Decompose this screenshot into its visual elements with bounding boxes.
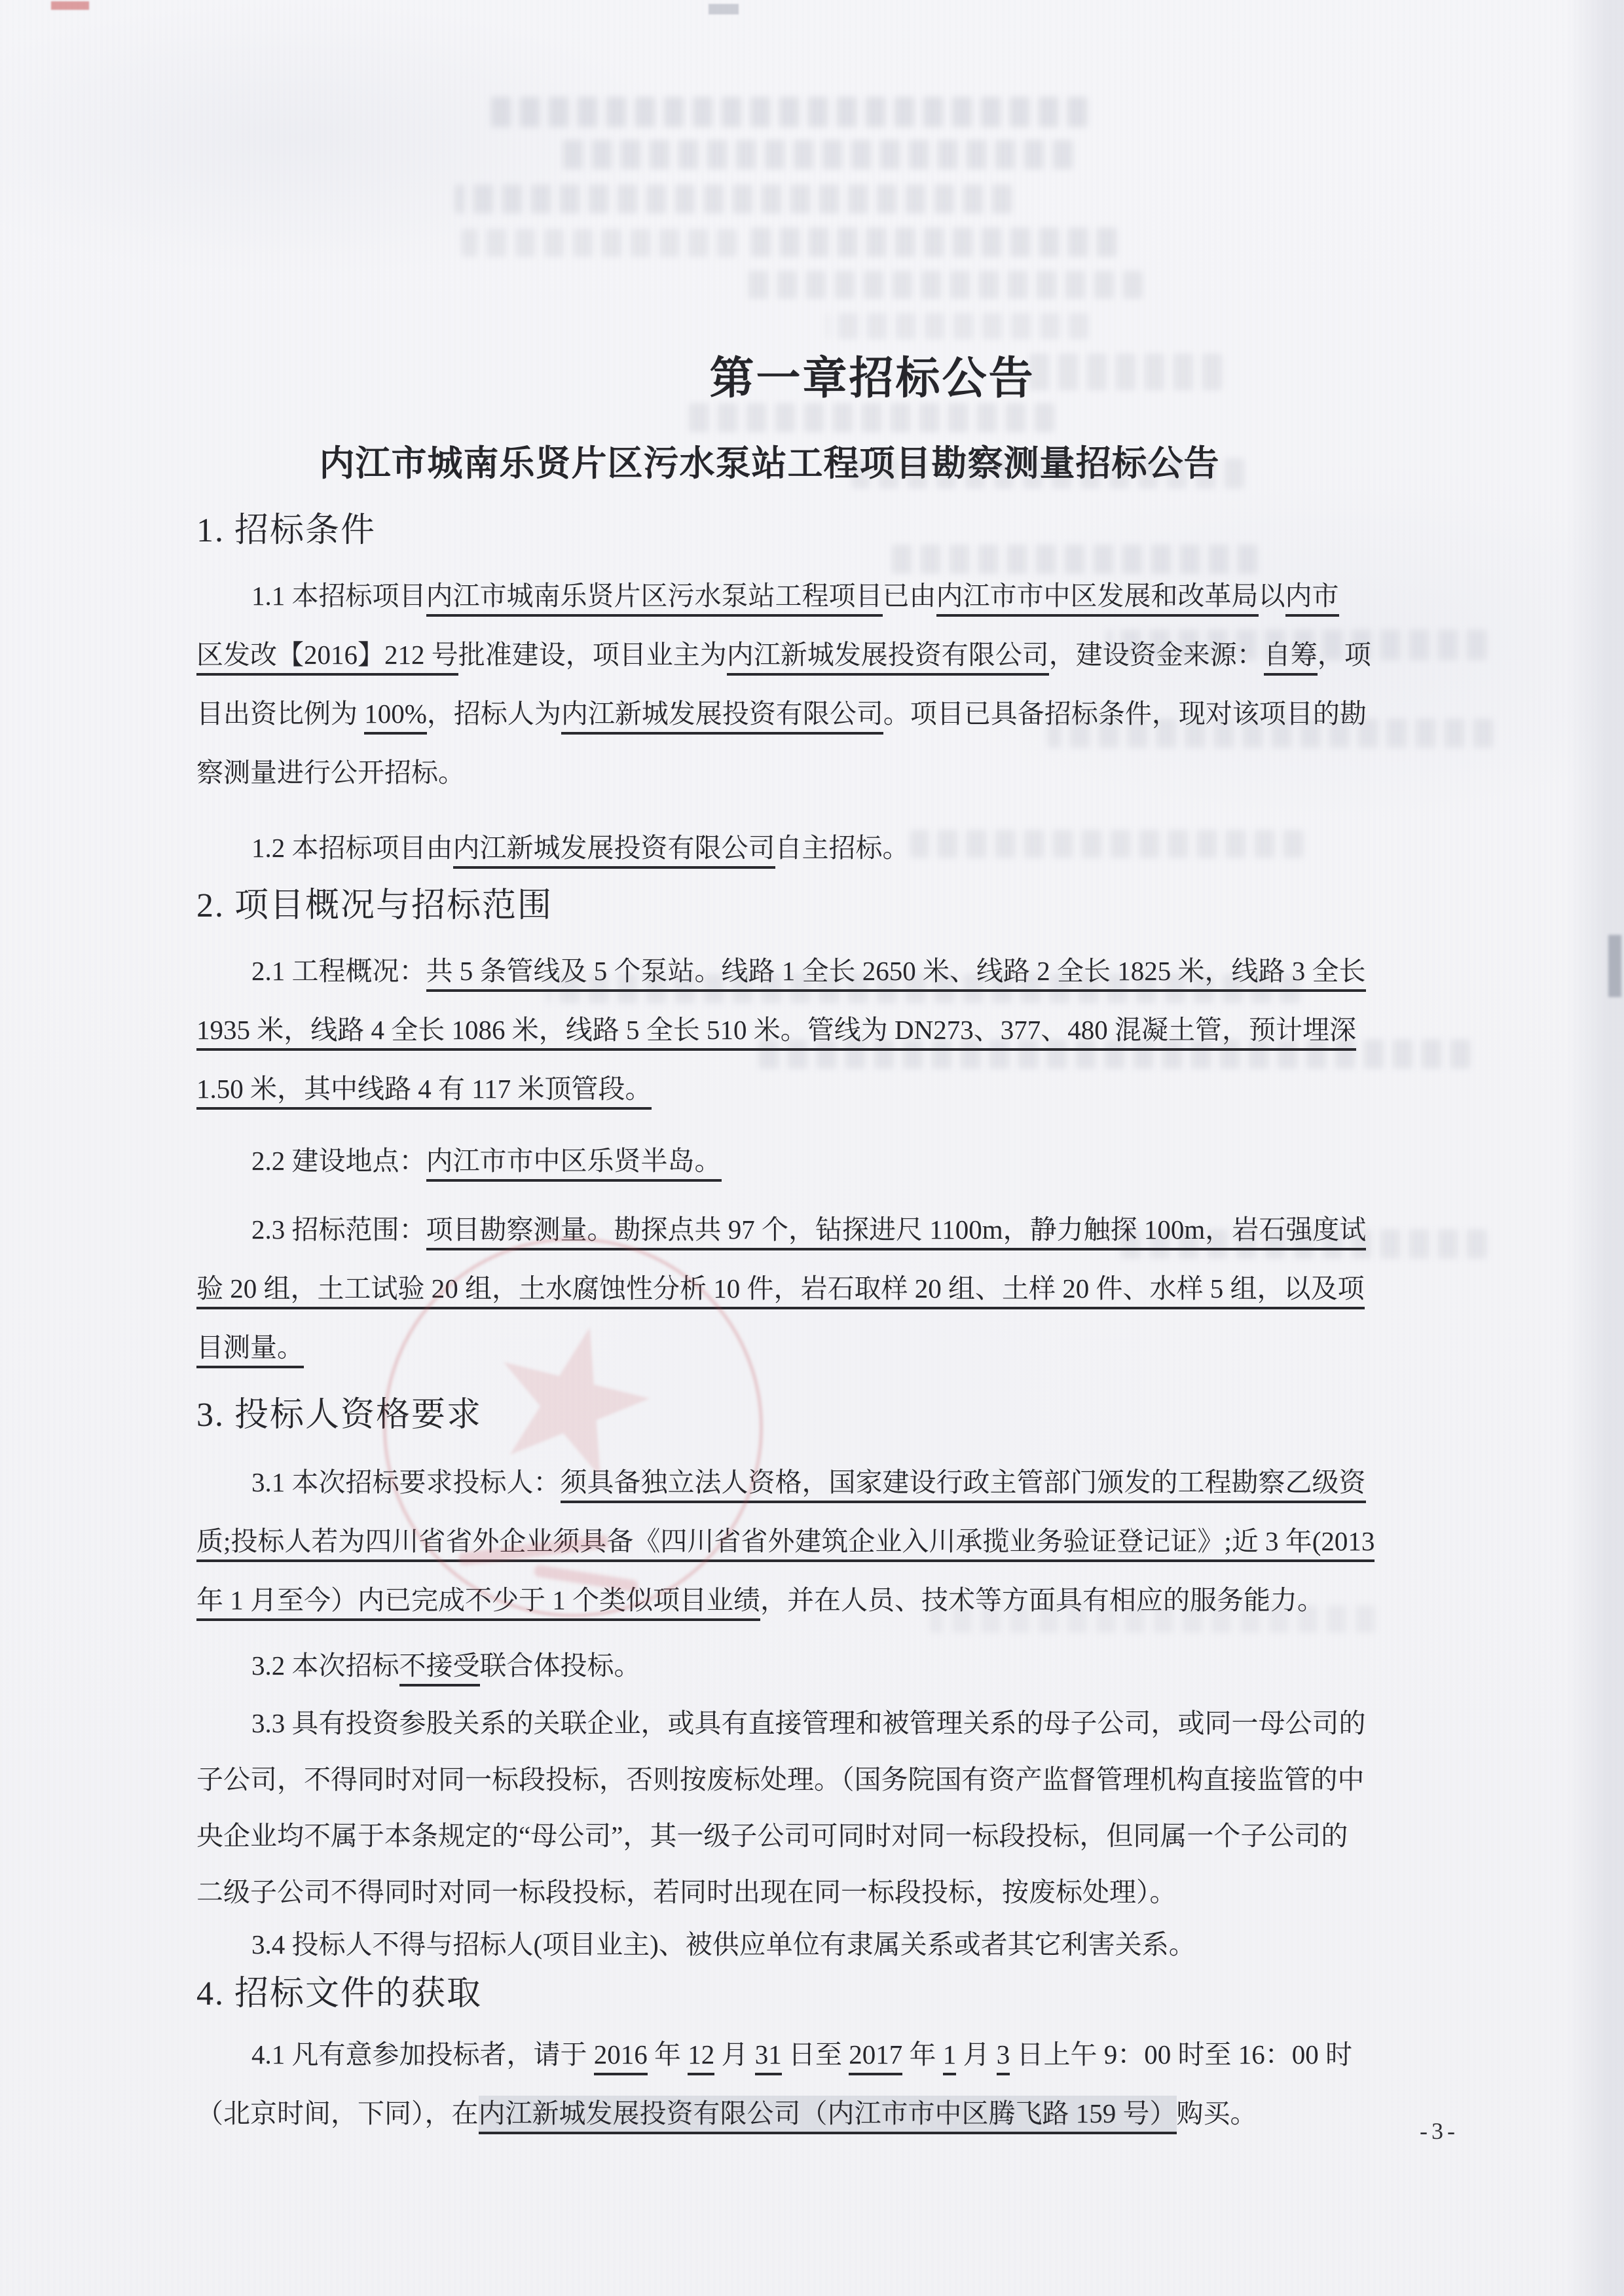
text-segment: ，并在人员、技术等方面具有相应的服务能力。 [760,1585,1324,1615]
underlined-text: 质;投标人若为四川省省外企业须具备《四川省省外建筑企业入川承揽业务验证登记证》;… [196,1526,1375,1562]
underlined-text: 内江市市中区发展和改革局 [936,581,1259,617]
paragraph: 3.1 本次招标要求投标人：须具备独立法人资格，国家建设行政主管部门颁发的工程勘… [196,1453,1434,1630]
text-segment: 已由 [883,581,936,611]
text-line: 1.1 本招标项目内江市城南乐贤片区污水泵站工程项目已由内江市市中区发展和改革局… [196,566,1434,625]
text-line: 2.2 建设地点：内江市市中区乐贤半岛。 [196,1131,1434,1190]
paragraph: 2.3 招标范围：项目勘察测量。勘探点共 97 个，钻探进尺 1100m，静力触… [196,1200,1434,1377]
underlined-text: 不接受 [399,1650,480,1686]
text-line: 1935 米，线路 4 全长 1086 米，线路 5 全长 510 米。管线为 … [196,1000,1434,1059]
underlined-text: 31 [755,2039,782,2075]
text-line: 2.3 招标范围：项目勘察测量。勘探点共 97 个，钻探进尺 1100m，静力触… [196,1200,1434,1259]
text-segment: ，招标人为 [427,699,561,729]
underlined-text: 目测量。 [196,1332,304,1368]
paragraph: 2.2 建设地点：内江市市中区乐贤半岛。 [196,1131,1434,1190]
doc-body: 1. 招标条件1.1 本招标项目内江市城南乐贤片区污水泵站工程项目已由内江市市中… [196,512,1434,2143]
text-line: 验 20 组，土工试验 20 组，土水腐蚀性分析 10 件，岩石取样 20 组、… [196,1259,1434,1318]
text-segment: 年 [648,2039,688,2069]
document-content: 第一章招标公告 内江市城南乐贤片区污水泵站工程项目勘察测量招标公告 1. 招标条… [196,0,1434,2143]
scan-artifact-red-mark [51,1,89,10]
text-line: 子公司，不得同时对同一标段投标，否则按废标处理。（国务院国有资产监督管理机构直接… [196,1751,1434,1808]
chapter-title: 第一章招标公告 [253,354,1491,403]
text-segment: ，建设资金来源： [1049,640,1264,670]
section-heading: 2. 项目概况与招标范围 [196,887,1434,925]
text-segment: 月 [714,2039,755,2069]
text-segment: 以 [1259,581,1285,611]
paragraph: 3.2 本次招标不接受联合体投标。 [196,1636,1434,1695]
underlined-text: 内江新城发展投资有限公司 [561,699,883,735]
underlined-text: 内江新城发展投资有限公司（内江市市中区腾飞路 159 号） [479,2096,1177,2134]
text-segment: 目出资比例为 [196,699,364,729]
text-segment: 联合体投标。 [480,1650,641,1681]
text-line: 3.3 具有投资参股关系的关联企业，或具有直接管理和被管理关系的母子公司，或同一… [196,1695,1434,1751]
text-segment: 3.2 本次招标 [251,1650,399,1681]
text-segment: 二级子公司不得同时对同一标段投标，若同时出现在同一标段投标，按废标处理）。 [196,1877,1177,1907]
text-segment: 2.2 建设地点： [251,1146,426,1176]
paragraph: 4.1 凡有意参加投标者，请于 2016 年 12 月 31 日至 2017 年… [196,2025,1434,2143]
underlined-text: 自筹 [1264,640,1318,676]
underlined-text: 内江新城发展投资有限公司 [727,640,1049,676]
section-heading: 4. 招标文件的获取 [196,1975,1434,2013]
underlined-text: 内市 [1285,581,1339,617]
text-line: （北京时间，下同），在内江新城发展投资有限公司（内江市市中区腾飞路 159 号）… [196,2084,1434,2143]
text-line: 4.1 凡有意参加投标者，请于 2016 年 12 月 31 日至 2017 年… [196,2025,1434,2084]
text-segment: 察测量进行公开招标。 [196,757,465,788]
text-line: 3.4 投标人不得与招标人(项目业主)、被供应单位有隶属关系或者其它利害关系。 [196,1916,1434,1973]
text-segment: 。项目已具备招标条件，现对该项目的勘 [883,699,1367,729]
text-line: 年 1 月至今）内已完成不少于 1 个类似项目业绩，并在人员、技术等方面具有相应… [196,1571,1434,1630]
underlined-text: 项目勘察测量。勘探点共 97 个，钻探进尺 1100m，静力触探 100m，岩石… [426,1214,1367,1250]
underlined-text: 3 [997,2039,1010,2075]
text-line: 察测量进行公开招标。 [196,743,1434,802]
underlined-text: 须具备独立法人资格，国家建设行政主管部门颁发的工程勘察乙级资 [561,1467,1366,1503]
text-line: 质;投标人若为四川省省外企业须具备《四川省省外建筑企业入川承揽业务验证登记证》;… [196,1512,1434,1571]
text-segment: 2.3 招标范围： [251,1214,426,1245]
underlined-text: 年 1 月至今）内已完成不少于 1 个类似项目业绩 [196,1585,760,1621]
text-line: 区发改【2016】212 号批准建设，项目业主为内江新城发展投资有限公司，建设资… [196,625,1434,684]
text-line: 1.50 米，其中线路 4 有 117 米顶管段。 [196,1059,1434,1118]
text-line: 目测量。 [196,1318,1434,1377]
text-line: 3.2 本次招标不接受联合体投标。 [196,1636,1434,1695]
underlined-text: 内江市城南乐贤片区污水泵站工程项目 [426,581,883,617]
text-segment: 日上午 9：00 时至 16：00 时 [1010,2039,1352,2069]
underlined-text: 12 [688,2039,714,2075]
text-segment: 4.1 凡有意参加投标者，请于 [251,2039,594,2069]
underlined-text: 2017 [849,2039,902,2075]
paragraph: 3.3 具有投资参股关系的关联企业，或具有直接管理和被管理关系的母子公司，或同一… [196,1695,1434,1920]
underlined-text: 区发改【2016】212 号 [196,640,458,676]
underlined-text: 100% [364,699,427,735]
text-line: 3.1 本次招标要求投标人：须具备独立法人资格，国家建设行政主管部门颁发的工程勘… [196,1453,1434,1512]
document-title: 内江市城南乐贤片区污水泵站工程项目勘察测量招标公告 [151,436,1388,491]
scan-artifact-edge-smudge [1608,935,1621,997]
underlined-text: 验 20 组，土工试验 20 组，土水腐蚀性分析 10 件，岩石取样 20 组、… [196,1273,1365,1309]
underlined-text: 2016 [594,2039,648,2075]
paragraph: 1.2 本招标项目由内江新城发展投资有限公司自主招标。 [196,818,1434,877]
text-segment: 1.1 本招标项目 [251,581,426,611]
text-segment: 1.2 本招标项目由 [251,833,453,863]
text-segment: 3.4 投标人不得与招标人(项目业主)、被供应单位有隶属关系或者其它利害关系。 [251,1929,1196,1959]
text-line: 央企业均不属于本条规定的“母公司”，其一级子公司可同时对同一标段投标，但同属一个… [196,1808,1434,1864]
text-segment: 3.1 本次招标要求投标人： [251,1467,561,1497]
text-segment: ，项 [1318,640,1371,670]
underlined-text: 内江市市中区乐贤半岛。 [426,1146,722,1182]
text-line: 2.1 工程概况：共 5 条管线及 5 个泵站。线路 1 全长 2650 米、线… [196,941,1434,1000]
underlined-text: 1.50 米，其中线路 4 有 117 米顶管段。 [196,1074,652,1110]
text-line: 1.2 本招标项目由内江新城发展投资有限公司自主招标。 [196,818,1434,877]
underlined-text: 1935 米，线路 4 全长 1086 米，线路 5 全长 510 米。管线为 … [196,1015,1356,1051]
section-heading: 3. 投标人资格要求 [196,1396,1434,1434]
text-segment: 3.3 具有投资参股关系的关联企业，或具有直接管理和被管理关系的母子公司，或同一… [251,1708,1366,1738]
text-segment: 购买。 [1177,2098,1257,2128]
underlined-text: 1 [943,2039,957,2075]
text-segment: （北京时间，下同），在 [196,2098,479,2128]
text-line: 目出资比例为 100%，招标人为内江新城发展投资有限公司。项目已具备招标条件，现… [196,684,1434,743]
paragraph: 3.4 投标人不得与招标人(项目业主)、被供应单位有隶属关系或者其它利害关系。 [196,1916,1434,1973]
paragraph: 2.1 工程概况：共 5 条管线及 5 个泵站。线路 1 全长 2650 米、线… [196,941,1434,1118]
scanned-document-page: 第一章招标公告 内江市城南乐贤片区污水泵站工程项目勘察测量招标公告 1. 招标条… [0,0,1624,2296]
text-segment: 2.1 工程概况： [251,956,426,986]
underlined-text: 内江新城发展投资有限公司 [453,833,775,869]
page-number: -3- [1420,2117,1459,2145]
underlined-text: 共 5 条管线及 5 个泵站。线路 1 全长 2650 米、线路 2 全长 18… [426,956,1366,992]
section-heading: 1. 招标条件 [196,512,1434,550]
paragraph: 1.1 本招标项目内江市城南乐贤片区污水泵站工程项目已由内江市市中区发展和改革局… [196,566,1434,802]
text-segment: 自主招标。 [775,833,910,863]
text-segment: 月 [956,2039,997,2069]
text-segment: 批准建设，项目业主为 [458,640,727,670]
text-segment: 央企业均不属于本条规定的“母公司”，其一级子公司可同时对同一标段投标，但同属一个… [196,1821,1348,1851]
text-segment: 日至 [782,2039,849,2069]
text-segment: 子公司，不得同时对同一标段投标，否则按废标处理。（国务院国有资产监督管理机构直接… [196,1764,1365,1795]
text-line: 二级子公司不得同时对同一标段投标，若同时出现在同一标段投标，按废标处理）。 [196,1864,1434,1920]
text-segment: 年 [902,2039,943,2069]
